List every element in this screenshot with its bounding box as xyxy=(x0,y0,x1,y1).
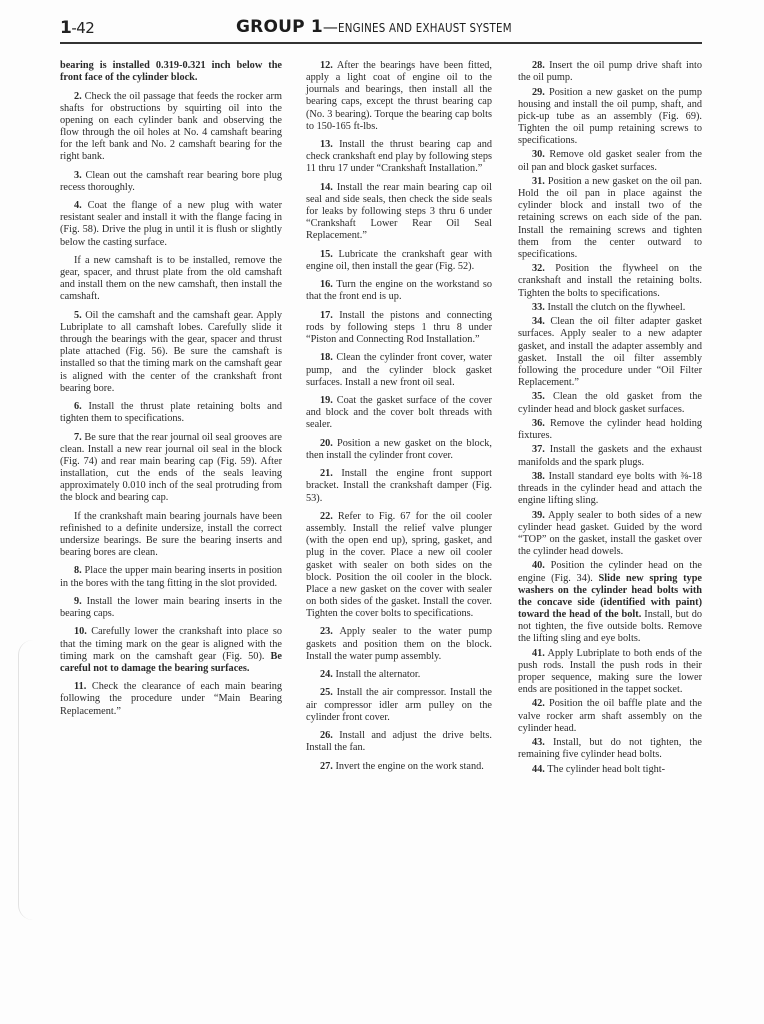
step-number: 28. xyxy=(532,60,545,71)
procedure-step: 5. Oil the camshaft and the cam­shaft ge… xyxy=(60,310,282,395)
step-text: Clean the cylinder front cover, water pu… xyxy=(306,352,492,387)
procedure-step: If the crankshaft main bearing journals … xyxy=(60,511,282,560)
procedure-step: 30. Remove old gasket sealer from the oi… xyxy=(518,149,702,173)
step-emphasis: bearing is installed 0.319-0.321 inch be… xyxy=(60,60,282,83)
step-number: 35. xyxy=(532,391,545,402)
step-number: 37. xyxy=(532,444,545,455)
procedure-step: 36. Remove the cylinder head holding fix… xyxy=(518,418,702,442)
text-column-3: 28. Insert the oil pump drive shaft into… xyxy=(518,60,702,778)
procedure-step: 40. Position the cylinder head on the en… xyxy=(518,560,702,645)
step-number: 38. xyxy=(532,471,545,482)
procedure-step: 35. Clean the old gasket from the cylind… xyxy=(518,391,702,415)
procedure-step: 37. Install the gaskets and the ex­haust… xyxy=(518,444,702,468)
step-text: Position the flywheel on the crankshaft … xyxy=(518,263,702,298)
step-number: 43. xyxy=(532,737,545,748)
step-number: 41. xyxy=(532,648,545,659)
step-text: Insert the oil pump drive shaft into the… xyxy=(518,60,702,83)
step-text: After the bearings have been fitted, app… xyxy=(306,60,492,132)
step-number: 13. xyxy=(320,139,333,150)
step-number: 26. xyxy=(320,730,333,741)
procedure-step: 12. After the bearings have been fitted,… xyxy=(306,60,492,133)
step-number: 30. xyxy=(532,149,545,160)
step-number: 18. xyxy=(320,352,333,363)
step-text: If the crankshaft main bearing journals … xyxy=(60,511,282,558)
page-number-page: -42 xyxy=(71,19,94,37)
step-text: Clean the old gasket from the cylinder h… xyxy=(518,391,702,414)
step-text: Install the lower main bearing inserts i… xyxy=(60,596,282,619)
header-rule xyxy=(60,42,702,44)
step-text: Apply sealer to the water pump gaskets a… xyxy=(306,626,492,661)
procedure-step: 8. Place the upper main bearing inserts … xyxy=(60,565,282,589)
step-text: Remove old gasket sealer from the oil pa… xyxy=(518,149,702,172)
step-number: 31. xyxy=(532,176,545,187)
step-number: 10. xyxy=(74,626,87,637)
step-number: 12. xyxy=(320,60,333,71)
step-text: Carefully lower the crank­shaft into pla… xyxy=(60,626,282,661)
procedure-step: 4. Coat the flange of a new plug with wa… xyxy=(60,200,282,249)
text-column-1: bearing is installed 0.319-0.321 inch be… xyxy=(60,60,282,724)
step-number: 42. xyxy=(532,698,545,709)
step-text: Install the pistons and con­necting rods… xyxy=(306,310,492,345)
procedure-step: If a new camshaft is to be installed, re… xyxy=(60,255,282,304)
step-number: 27. xyxy=(320,761,333,772)
procedure-step: 19. Coat the gasket surface of the cover… xyxy=(306,395,492,431)
step-text: Be sure that the rear journal oil seal g… xyxy=(60,432,282,504)
step-text: Install the thrust plate retain­ing bolt… xyxy=(60,401,282,424)
procedure-step: 25. Install the air compressor. In­stall… xyxy=(306,687,492,723)
group-title: GROUP 1—ENGINES AND EXHAUST SYSTEM xyxy=(236,17,550,37)
group-label: GROUP 1 xyxy=(236,17,323,37)
procedure-step: 3. Clean out the camshaft rear bearing b… xyxy=(60,170,282,194)
procedure-step: 15. Lubricate the crankshaft gear with e… xyxy=(306,249,492,273)
procedure-step: 41. Apply Lubriplate to both ends of the… xyxy=(518,648,702,697)
procedure-step: 42. Position the oil baffle plate and th… xyxy=(518,698,702,734)
step-text: Install the engine front sup­port bracke… xyxy=(306,468,492,503)
procedure-step: 18. Clean the cylinder front cover, wate… xyxy=(306,352,492,388)
step-text: Install the clutch on the fly­wheel. xyxy=(545,302,685,313)
step-text: If a new camshaft is to be installed, re… xyxy=(60,255,282,302)
procedure-step: 21. Install the engine front sup­port br… xyxy=(306,468,492,504)
procedure-step: 31. Position a new gasket on the oil pan… xyxy=(518,176,702,261)
procedure-step: 17. Install the pistons and con­necting … xyxy=(306,310,492,346)
procedure-step: 44. The cylinder head bolt tight- xyxy=(518,764,702,776)
group-subtitle: ENGINES AND EXHAUST SYSTEM xyxy=(338,20,512,35)
procedure-step: 16. Turn the engine on the work­stand so… xyxy=(306,279,492,303)
procedure-step: 28. Insert the oil pump drive shaft into… xyxy=(518,60,702,84)
step-number: 32. xyxy=(532,263,545,274)
step-text: Install the rear main bearing cap oil se… xyxy=(306,182,492,242)
step-text: Place the upper main bearing inserts in … xyxy=(60,565,282,588)
step-number: 20. xyxy=(320,438,333,449)
procedure-step: 24. Install the alternator. xyxy=(306,669,492,681)
step-text: The cylinder head bolt tight- xyxy=(545,764,665,775)
text-column-2: 12. After the bearings have been fitted,… xyxy=(306,60,492,779)
procedure-step: 6. Install the thrust plate retain­ing b… xyxy=(60,401,282,425)
step-number: 8. xyxy=(74,565,82,576)
procedure-step: 9. Install the lower main bearing insert… xyxy=(60,596,282,620)
step-number: 15. xyxy=(320,249,333,260)
step-number: 5. xyxy=(74,310,82,321)
procedure-step: 10. Carefully lower the crank­shaft into… xyxy=(60,626,282,675)
step-number: 11. xyxy=(74,681,86,692)
step-number: 34. xyxy=(532,316,545,327)
step-text: Install the gaskets and the ex­haust man… xyxy=(518,444,702,467)
step-number: 39. xyxy=(532,510,545,521)
procedure-step: 26. Install and adjust the drive belts. … xyxy=(306,730,492,754)
step-text: Install standard eye bolts with ⅜-18 thr… xyxy=(518,471,702,506)
step-number: 7. xyxy=(74,432,82,443)
procedure-step: 29. Position a new gasket on the pump ho… xyxy=(518,87,702,148)
step-number: 25. xyxy=(320,687,333,698)
page-number: 1-42 xyxy=(60,18,94,38)
procedure-step: 27. Invert the engine on the work stand. xyxy=(306,761,492,773)
step-text: Install the thrust bearing cap and check… xyxy=(306,139,492,174)
step-number: 4. xyxy=(74,200,82,211)
procedure-step: 38. Install standard eye bolts with ⅜-18… xyxy=(518,471,702,507)
step-text: Check the oil passage that feeds the roc… xyxy=(60,91,282,163)
step-text: Clean the oil filter adapter gas­ket sur… xyxy=(518,316,702,388)
procedure-step: 33. Install the clutch on the fly­wheel. xyxy=(518,302,702,314)
step-text: Apply Lubriplate to both ends of the pus… xyxy=(518,648,702,695)
procedure-step: 22. Refer to Fig. 67 for the oil cooler … xyxy=(306,511,492,620)
step-text: Invert the engine on the work stand. xyxy=(333,761,484,772)
page-header: 1-42 GROUP 1—ENGINES AND EXHAUST SYSTEM xyxy=(60,14,702,40)
group-dash: — xyxy=(323,18,338,36)
procedure-step: 32. Position the flywheel on the cranksh… xyxy=(518,263,702,299)
step-text: Oil the camshaft and the cam­shaft gear.… xyxy=(60,310,282,394)
step-text: Install, but do not tighten, the remaini… xyxy=(518,737,702,760)
step-text: Check the clearance of each main bearing… xyxy=(60,681,282,716)
procedure-step: 7. Be sure that the rear journal oil sea… xyxy=(60,432,282,505)
step-number: 3. xyxy=(74,170,82,181)
step-number: 16. xyxy=(320,279,333,290)
procedure-step: bearing is installed 0.319-0.321 inch be… xyxy=(60,60,282,84)
step-number: 29. xyxy=(532,87,545,98)
procedure-step: 43. Install, but do not tighten, the rem… xyxy=(518,737,702,761)
step-text: Install the air compressor. In­stall the… xyxy=(306,687,492,722)
procedure-step: 20. Position a new gasket on the block, … xyxy=(306,438,492,462)
step-number: 21. xyxy=(320,468,333,479)
step-number: 44. xyxy=(532,764,545,775)
step-number: 6. xyxy=(74,401,82,412)
step-text: Position the oil baffle plate and the va… xyxy=(518,698,702,733)
procedure-step: 34. Clean the oil filter adapter gas­ket… xyxy=(518,316,702,389)
step-text: Refer to Fig. 67 for the oil cooler asse… xyxy=(306,511,492,619)
step-text: Remove the cylinder head holding fixture… xyxy=(518,418,702,441)
step-number: 36. xyxy=(532,418,545,429)
step-text: Position a new gasket on the block, then… xyxy=(306,438,492,461)
procedure-step: 23. Apply sealer to the water pump gaske… xyxy=(306,626,492,662)
step-text: Position a new gasket on the pump housin… xyxy=(518,87,702,147)
step-text: Install and adjust the drive belts. Inst… xyxy=(306,730,492,753)
procedure-step: 11. Check the clearance of each main bea… xyxy=(60,681,282,717)
step-number: 2. xyxy=(74,91,82,102)
step-number: 33. xyxy=(532,302,545,313)
step-text: Apply sealer to both sides of a new cyli… xyxy=(518,510,702,557)
step-number: 40. xyxy=(532,560,545,571)
step-number: 22. xyxy=(320,511,333,522)
step-number: 14. xyxy=(320,182,333,193)
step-text: Clean out the camshaft rear bearing bore… xyxy=(60,170,282,193)
step-text: Coat the flange of a new plug with water… xyxy=(60,200,282,247)
step-number: 17. xyxy=(320,310,333,321)
step-text: Coat the gasket surface of the cover and… xyxy=(306,395,492,430)
step-text: Position a new gasket on the oil pan. Ho… xyxy=(518,176,702,260)
procedure-step: 13. Install the thrust bearing cap and c… xyxy=(306,139,492,175)
step-text: Lubricate the crankshaft gear with engin… xyxy=(306,249,492,272)
step-text: Install the alternator. xyxy=(333,669,421,680)
procedure-step: 2. Check the oil passage that feeds the … xyxy=(60,91,282,164)
step-number: 9. xyxy=(74,596,82,607)
procedure-step: 14. Install the rear main bearing cap oi… xyxy=(306,182,492,243)
page-edge-shadow xyxy=(18,640,33,920)
step-number: 23. xyxy=(320,626,333,637)
step-text: Turn the engine on the work­stand so tha… xyxy=(306,279,492,302)
page-number-chapter: 1 xyxy=(60,18,71,38)
step-number: 24. xyxy=(320,669,333,680)
procedure-step: 39. Apply sealer to both sides of a new … xyxy=(518,510,702,559)
step-number: 19. xyxy=(320,395,333,406)
